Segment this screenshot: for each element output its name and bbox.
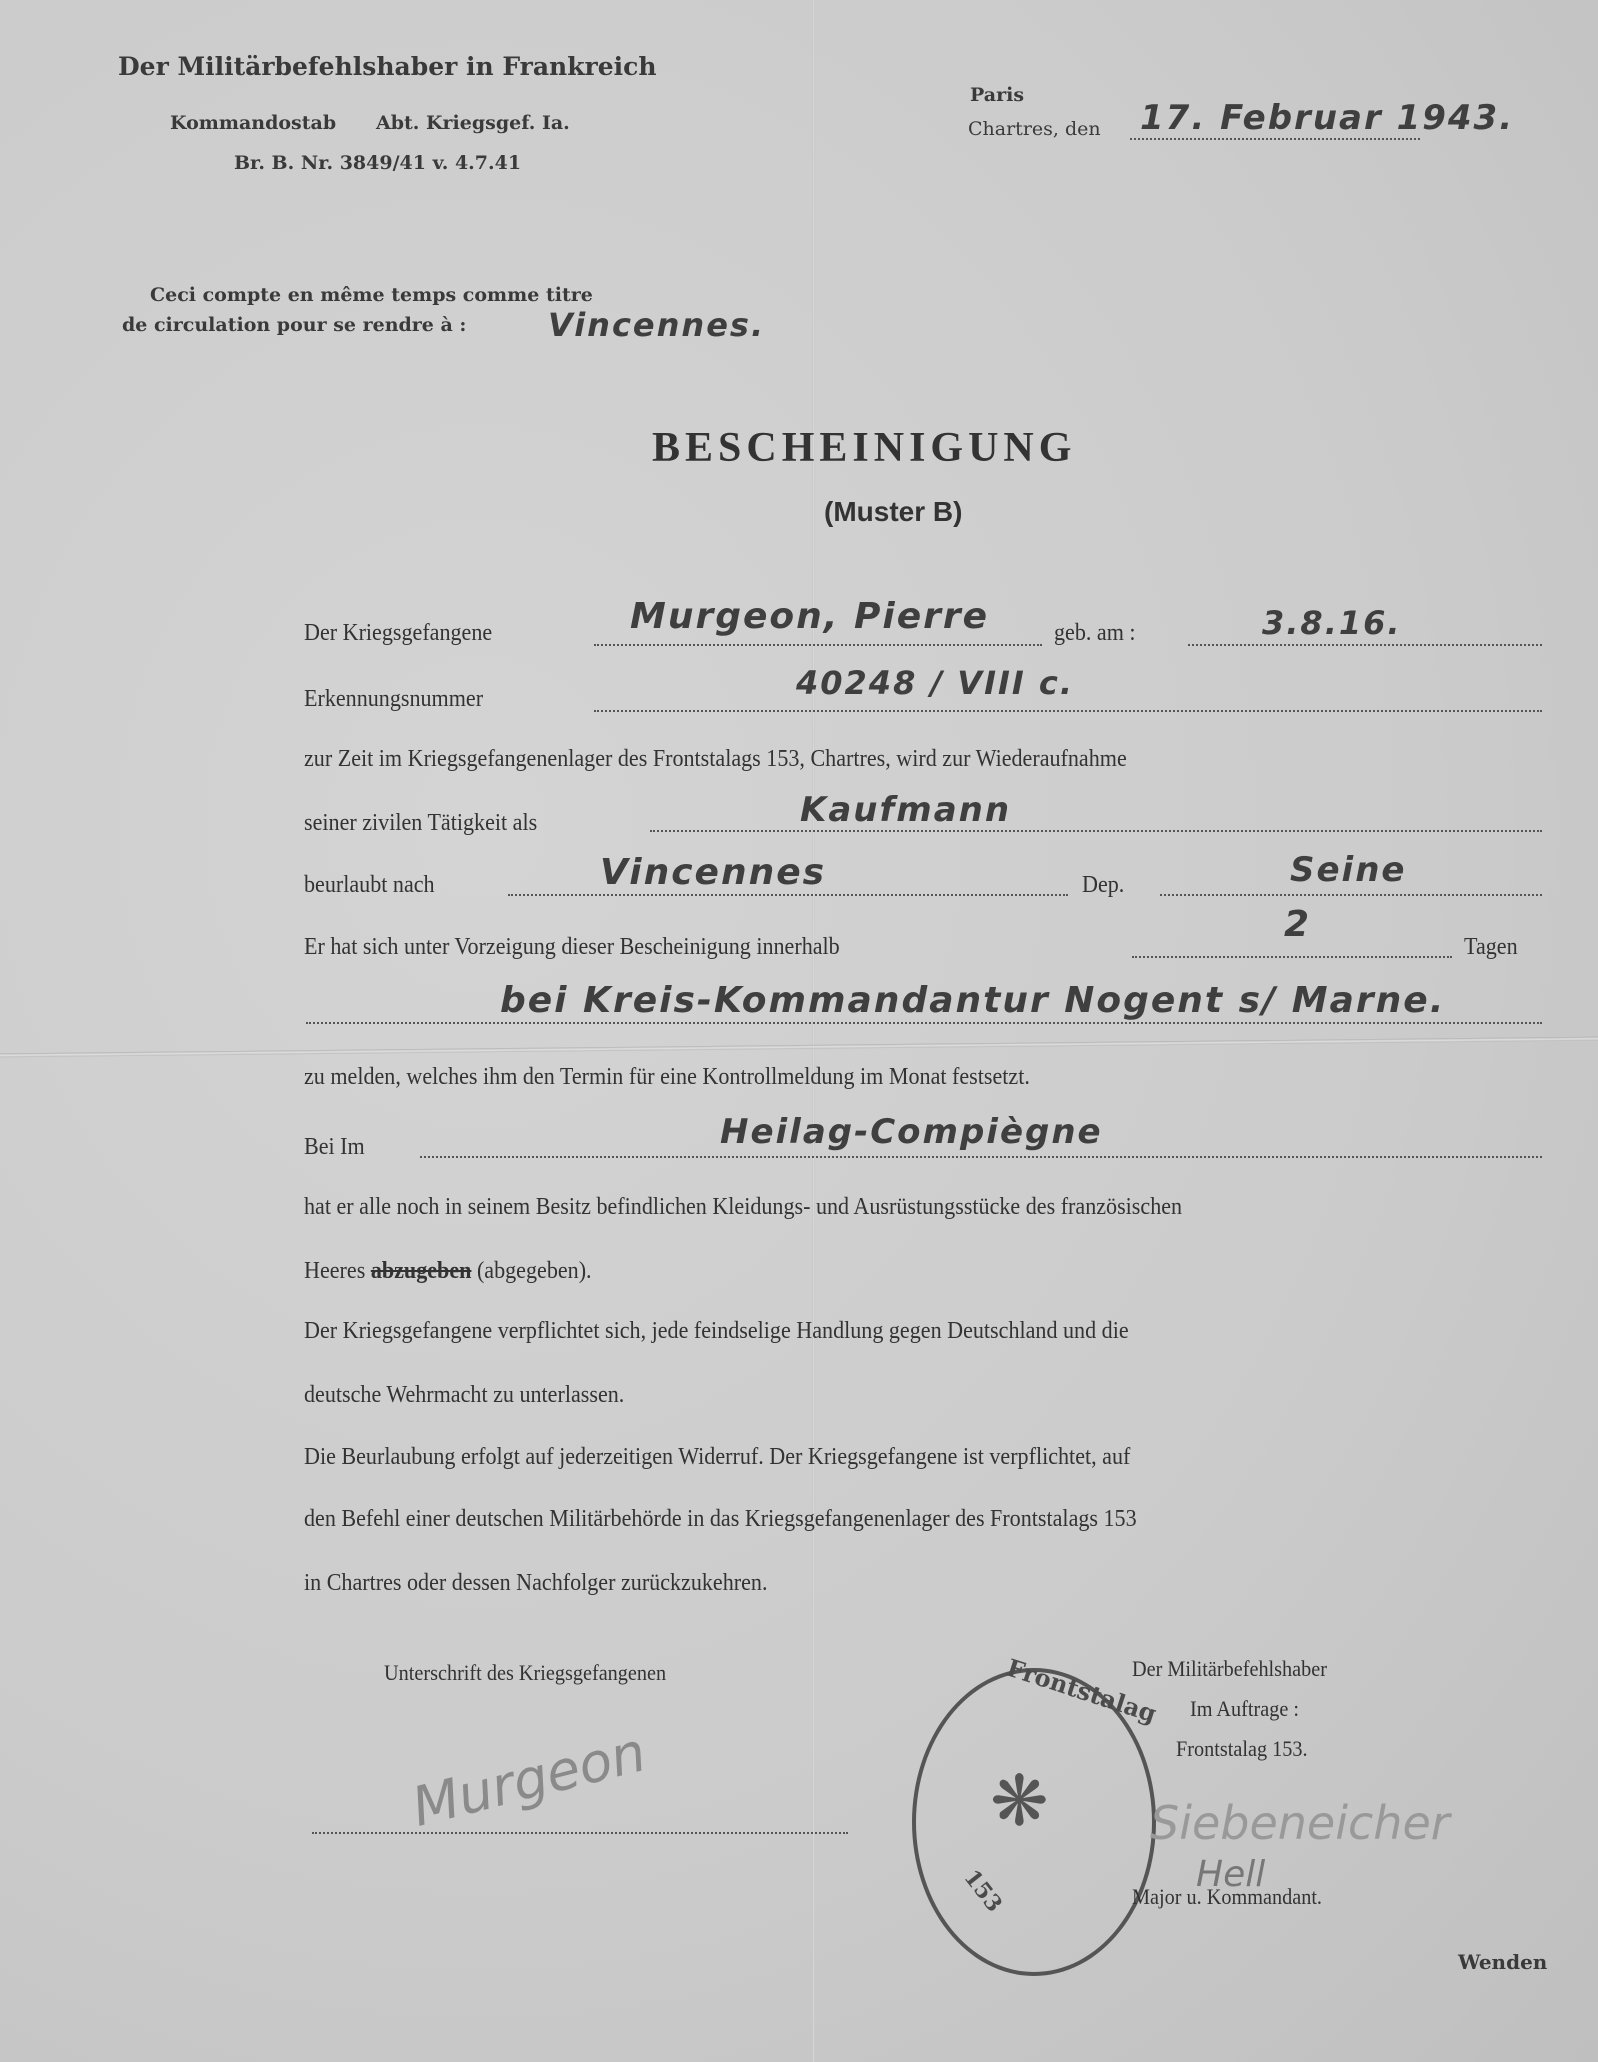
circulation-line-2: de circulation pour se rendre à : bbox=[122, 314, 466, 336]
authority-line-1: Der Militärbefehlshaber bbox=[1132, 1656, 1327, 1682]
report-days-unit: Tagen bbox=[1464, 934, 1518, 961]
authority-signature: Siebeneicher bbox=[1150, 1796, 1450, 1850]
authority-heading: Der Militärbefehlshaber in Frankreich bbox=[118, 52, 657, 81]
clothing-line: hat er alle noch in seinem Besitz befind… bbox=[304, 1194, 1182, 1221]
report-days-line bbox=[1132, 956, 1452, 958]
prisoner-signature-line bbox=[312, 1832, 848, 1834]
melden-line: zu melden, welches ihm den Termin für ei… bbox=[304, 1064, 1030, 1091]
paper-fold-vertical bbox=[812, 0, 815, 2062]
revoke-line-1: Die Beurlaubung erfolgt auf jederzeitige… bbox=[304, 1444, 1130, 1471]
dep-value: Seine bbox=[1290, 850, 1406, 890]
bei-im-value: Heilag-Compiègne bbox=[720, 1112, 1103, 1152]
bei-im-line bbox=[420, 1156, 1542, 1158]
heeres-prefix: Heeres bbox=[304, 1258, 365, 1284]
prisoner-line bbox=[594, 644, 1042, 646]
leave-label: beurlaubt nach bbox=[304, 872, 435, 899]
leave-line bbox=[508, 894, 1068, 896]
turn-over-note: Wenden bbox=[1458, 1950, 1547, 1974]
authority-rank: Major u. Kommandant. bbox=[1132, 1884, 1322, 1910]
circulation-line-1: Ceci compte en même temps comme titre bbox=[150, 284, 593, 306]
prisoner-label: Der Kriegsgefangene bbox=[304, 620, 492, 647]
occupation-line bbox=[650, 830, 1542, 832]
circulation-destination: Vincennes. bbox=[548, 306, 765, 344]
authority-line-3: Frontstalag 153. bbox=[1176, 1736, 1308, 1762]
place-paris: Paris bbox=[970, 84, 1024, 106]
prisoner-signature-label: Unterschrift des Kriegsgefangenen bbox=[384, 1660, 666, 1686]
place-chartres: Chartres, den bbox=[968, 118, 1101, 140]
report-days: 2 bbox=[1284, 904, 1311, 945]
date-handwritten: 17. Februar 1943. bbox=[1140, 98, 1514, 138]
dep-label: Dep. bbox=[1082, 872, 1124, 899]
heeres-struck: abzugeben bbox=[371, 1258, 472, 1284]
department-left: Kommandostab bbox=[170, 112, 336, 134]
report-office: bei Kreis-Kommandantur Nogent s/ Marne. bbox=[500, 980, 1445, 1021]
reference-number: Br. B. Nr. 3849/41 v. 4.7.41 bbox=[234, 152, 521, 174]
camp-line: zur Zeit im Kriegsgefangenenlager des Fr… bbox=[304, 746, 1127, 773]
report-label: Er hat sich unter Vorzeigung dieser Besc… bbox=[304, 934, 840, 961]
document-subtitle: (Muster B) bbox=[824, 496, 962, 528]
obligation-line-1: Der Kriegsgefangene verpflichtet sich, j… bbox=[304, 1318, 1129, 1345]
prisoner-name: Murgeon, Pierre bbox=[630, 596, 989, 637]
bei-im-label: Bei Im bbox=[304, 1134, 365, 1161]
date-line bbox=[1130, 138, 1420, 140]
heeres-line: Heeres abzugeben (abgegeben). bbox=[304, 1258, 592, 1285]
born-label: geb. am : bbox=[1054, 620, 1136, 647]
document-title: BESCHEINIGUNG bbox=[652, 424, 1076, 472]
born-line bbox=[1188, 644, 1542, 646]
heeres-suffix: (abgegeben). bbox=[477, 1258, 592, 1284]
born-value: 3.8.16. bbox=[1262, 604, 1402, 642]
revoke-line-2: den Befehl einer deutschen Militärbehörd… bbox=[304, 1506, 1137, 1533]
occupation-label: seiner zivilen Tätigkeit als bbox=[304, 810, 537, 837]
authority-line-2: Im Auftrage : bbox=[1190, 1696, 1299, 1722]
revoke-line-3: in Chartres oder dessen Nachfolger zurüc… bbox=[304, 1570, 767, 1597]
report-office-line bbox=[306, 1022, 1542, 1024]
obligation-line-2: deutsche Wehrmacht zu unterlassen. bbox=[304, 1382, 624, 1409]
leave-value: Vincennes bbox=[600, 852, 826, 893]
id-value: 40248 / VIII c. bbox=[796, 664, 1074, 702]
department-right: Abt. Kriegsgef. Ia. bbox=[376, 112, 570, 134]
eagle-emblem-icon: ❋ bbox=[990, 1760, 1049, 1843]
occupation-value: Kaufmann bbox=[800, 790, 1011, 830]
dep-line bbox=[1160, 894, 1542, 896]
id-line bbox=[594, 710, 1542, 712]
id-label: Erkennungsnummer bbox=[304, 686, 483, 713]
document-paper bbox=[0, 0, 1598, 2062]
